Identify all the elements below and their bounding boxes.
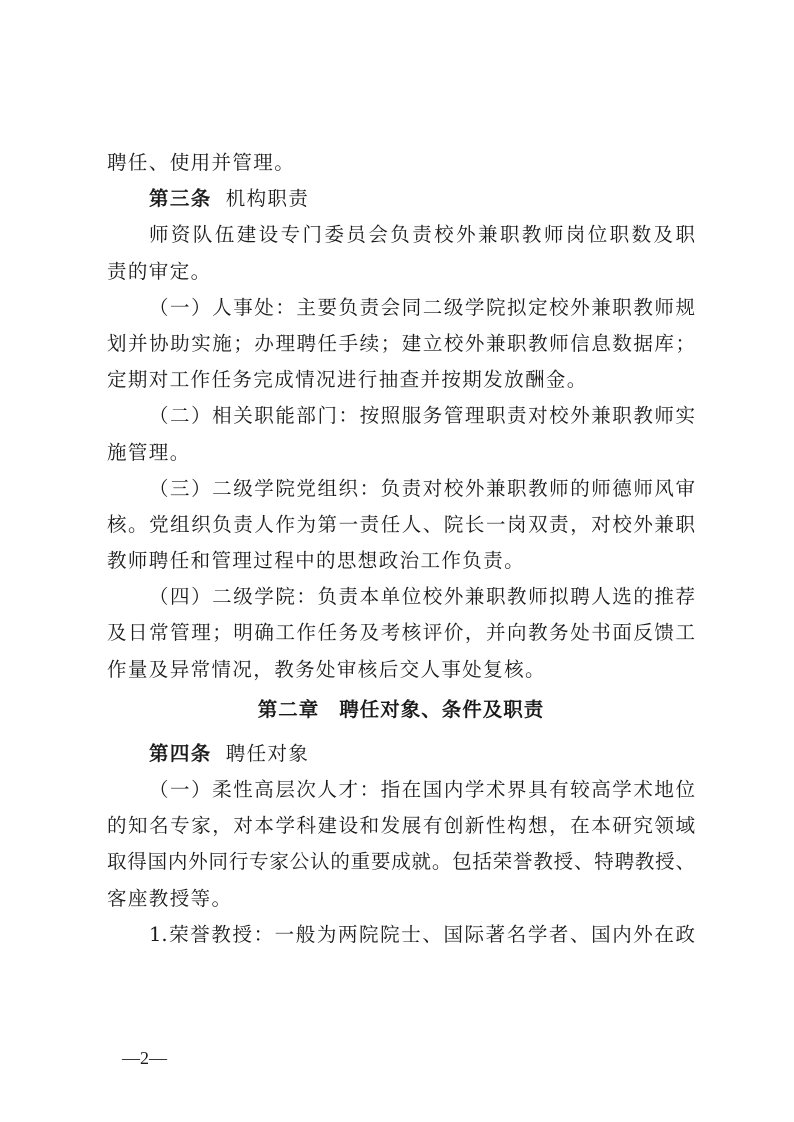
- chapter-title: 聘任对象、条件及职责: [339, 698, 544, 721]
- article-4-item-1-line: 取得国内外同行专家公认的重要成就。包括荣誉教授、特聘教授、: [107, 844, 695, 880]
- chapter-label: 第二章: [258, 698, 320, 721]
- article-3-heading: 第三条机构职责: [107, 181, 695, 217]
- article-4-title: 聘任对象: [226, 742, 310, 765]
- article-3-item-1-line: 划并协助实施；办理聘任手续；建立校外兼职教师信息数据库；: [107, 326, 695, 362]
- article-4-item-1-line: 的知名专家，对本学科建设和发展有创新性构想，在本研究领域: [107, 808, 695, 844]
- article-3-item-2-line: 施管理。: [107, 435, 695, 471]
- article-3-intro-line: 师资队伍建设专门委员会负责校外兼职教师岗位职数及职: [107, 217, 695, 253]
- page-number: —2—: [122, 1048, 167, 1069]
- article-3-item-4-line: （四）二级学院：负责本单位校外兼职教师拟聘人选的推荐: [107, 579, 695, 615]
- chapter-heading: 第二章聘任对象、条件及职责: [107, 688, 695, 736]
- article-3-label: 第三条: [149, 187, 212, 210]
- article-4-item-2-line: 1.荣誉教授：一般为两院院士、国际著名学者、国内外在政: [107, 917, 695, 953]
- paragraph-line: 聘任、使用并管理。: [107, 145, 695, 181]
- article-3-intro-line: 责的审定。: [107, 254, 695, 290]
- article-3-item-3-line: 教师聘任和管理过程中的思想政治工作负责。: [107, 543, 695, 579]
- article-3-item-3-line: 核。党组织负责人作为第一责任人、院长一岗双责，对校外兼职: [107, 507, 695, 543]
- article-3-item-2-line: （二）相关职能部门：按照服务管理职责对校外兼职教师实: [107, 398, 695, 434]
- article-3-item-1-line: （一）人事处：主要负责会同二级学院拟定校外兼职教师规: [107, 290, 695, 326]
- article-4-label: 第四条: [149, 742, 212, 765]
- article-3-title: 机构职责: [226, 187, 310, 210]
- article-4-item-1-line: （一）柔性高层次人才：指在国内学术界具有较高学术地位: [107, 772, 695, 808]
- article-3-item-1-line: 定期对工作任务完成情况进行抽查并按期发放酬金。: [107, 362, 695, 398]
- article-4-heading: 第四条聘任对象: [107, 736, 695, 772]
- document-page: 聘任、使用并管理。 第三条机构职责 师资队伍建设专门委员会负责校外兼职教师岗位职…: [107, 145, 695, 953]
- article-3-item-4-line: 及日常管理；明确工作任务及考核评价，并向教务处书面反馈工: [107, 615, 695, 651]
- article-4-item-1-line: 客座教授等。: [107, 881, 695, 917]
- article-3-item-3-line: （三）二级学院党组织：负责对校外兼职教师的师德师风审: [107, 471, 695, 507]
- article-3-item-4-line: 作量及异常情况，教务处审核后交人事处复核。: [107, 652, 695, 688]
